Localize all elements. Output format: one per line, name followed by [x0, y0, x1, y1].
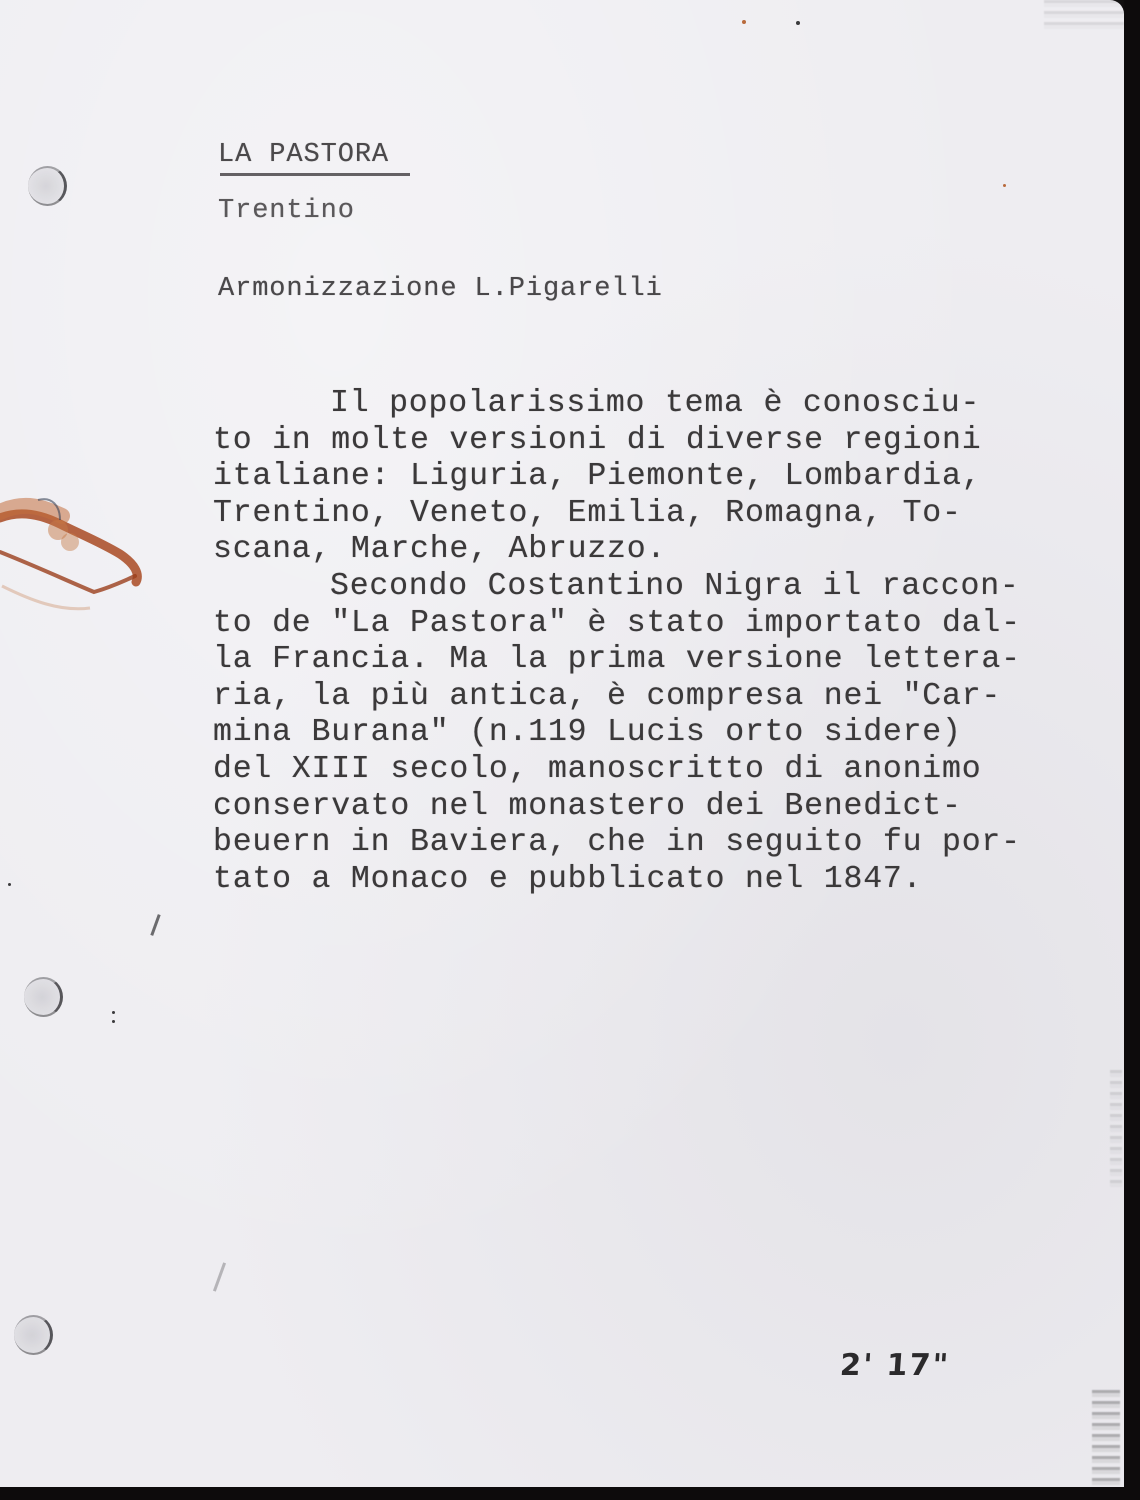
ink-speck [112, 1011, 115, 1014]
title-underline [220, 173, 410, 176]
punch-hole-icon [24, 977, 63, 1017]
punch-hole-icon [14, 1315, 53, 1355]
edge-wear-top [1044, 0, 1124, 30]
paragraph-line: beuern in Baviera, che in seguito fu por… [213, 827, 1021, 859]
ink-speck [112, 1020, 115, 1023]
paragraph-line: italiane: Liguria, Piemonte, Lombardia, [213, 461, 981, 493]
paragraph-line: del XIII secolo, manoscritto di anonimo [213, 754, 981, 786]
song-title: LA PASTORA [218, 142, 389, 169]
paragraph-line: Il popolarissimo tema è conosciu- [330, 388, 980, 420]
region-label: Trentino [218, 198, 355, 225]
paragraph-line: tato a Monaco e pubblicato nel 1847. [213, 864, 922, 896]
paragraph-line: conservato nel monastero dei Benedict- [213, 791, 962, 823]
edge-wear-bottom-right [1092, 1390, 1120, 1485]
paragraph-line: la Francia. Ma la prima versione lettera… [213, 644, 1021, 676]
ink-speck [796, 21, 800, 25]
rust-speck [1003, 184, 1006, 187]
paragraph-line: ria, la più antica, è compresa nei "Car- [213, 681, 1001, 713]
pencil-mark [213, 1262, 226, 1291]
paragraph-line: Secondo Costantino Nigra il raccon- [330, 571, 1020, 603]
paragraph-line: to in molte versioni di diverse regioni [213, 425, 981, 457]
edge-wear-right [1110, 1070, 1122, 1190]
duration-note: 2' 17" [839, 1348, 951, 1383]
paragraph-line: mina Burana" (n.119 Lucis orto sidere) [213, 717, 962, 749]
paragraph-line: to de "La Pastora" è stato importato dal… [213, 608, 1021, 640]
ink-speck [8, 883, 11, 886]
rust-stain-icon [0, 490, 150, 620]
rust-speck [742, 20, 746, 24]
arrangement-credit: Armonizzazione L.Pigarelli [218, 276, 663, 303]
pencil-mark [150, 914, 160, 936]
paragraph-line: scana, Marche, Abruzzo. [213, 534, 666, 566]
punch-hole-icon [28, 166, 67, 206]
typewritten-page: LA PASTORA Trentino Armonizzazione L.Pig… [0, 0, 1124, 1487]
paragraph-line: Trentino, Veneto, Emilia, Romagna, To- [213, 498, 962, 530]
